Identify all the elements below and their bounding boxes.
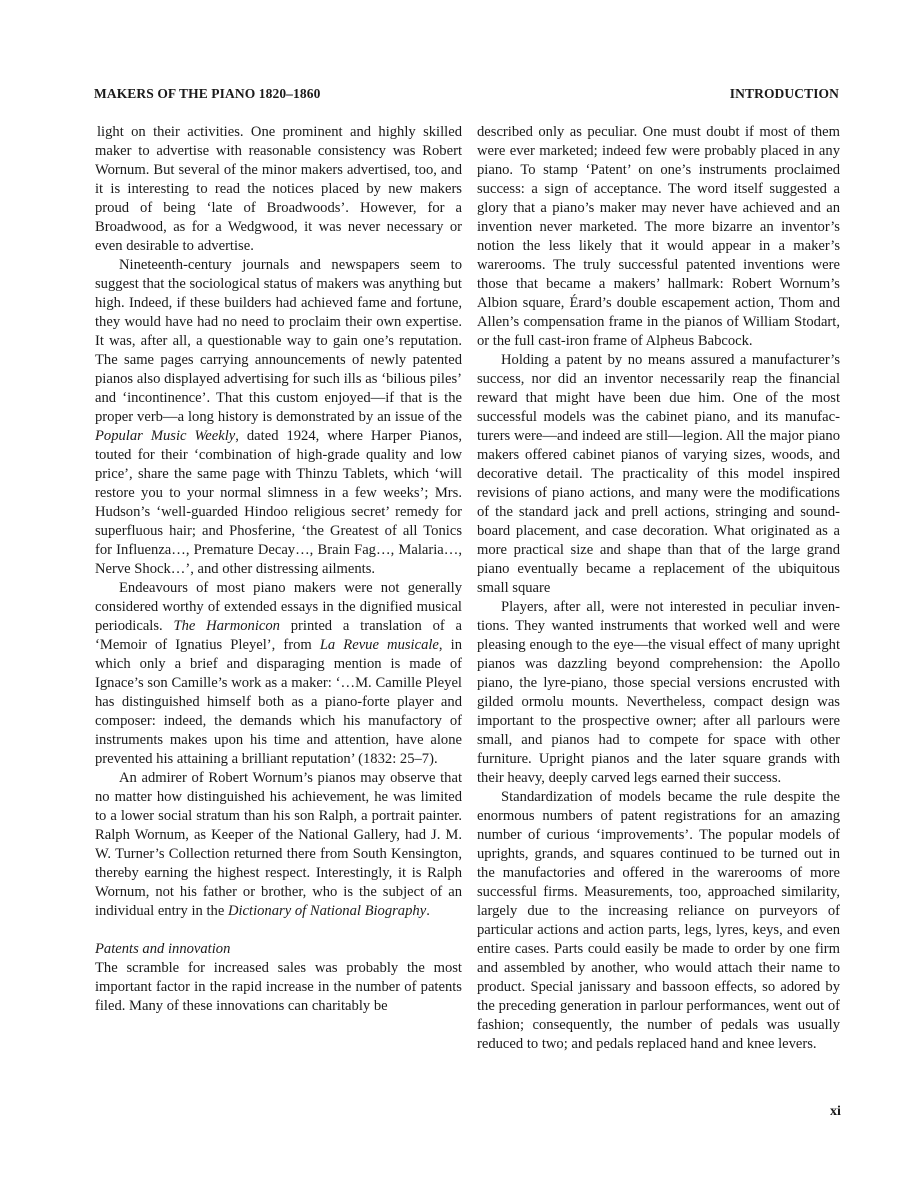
- paragraph: Endeavours of most piano makers were not…: [95, 579, 462, 769]
- running-head: MAKERS OF THE PIANO 1820–1860 INTRODUCTI…: [94, 86, 839, 106]
- paragraph: Standardization of models became the rul…: [477, 788, 840, 1054]
- periodical-title: The Harmonicon: [173, 618, 279, 634]
- reference-title: Dictionary of National Biography: [228, 903, 426, 919]
- right-column: described only as peculiar. One must dou…: [477, 123, 840, 1054]
- paragraph: light on their activities. One prominent…: [95, 123, 462, 256]
- periodical-title: Popular Music Weekly: [95, 428, 235, 444]
- paragraph: An admirer of Robert Wornum’s pianos may…: [95, 769, 462, 921]
- running-head-book-title: MAKERS OF THE PIANO 1820–1860: [94, 86, 320, 102]
- left-column: light on their activities. One prominent…: [95, 123, 462, 1016]
- paragraph: Players, after all, were not interested …: [477, 598, 840, 788]
- paragraph: The scramble for increased sales was pro…: [95, 959, 462, 1016]
- page-number: xi: [830, 1104, 841, 1120]
- section-heading: Patents and innovation: [95, 940, 462, 959]
- running-head-chapter-title: INTRODUCTION: [730, 86, 839, 102]
- paragraph: Holding a patent by no means assured a m…: [477, 351, 840, 598]
- periodical-title: La Revue musicale: [320, 637, 439, 653]
- paragraph: described only as peculiar. One must dou…: [477, 123, 840, 351]
- paragraph: Nineteenth-century journals and newspape…: [95, 256, 462, 579]
